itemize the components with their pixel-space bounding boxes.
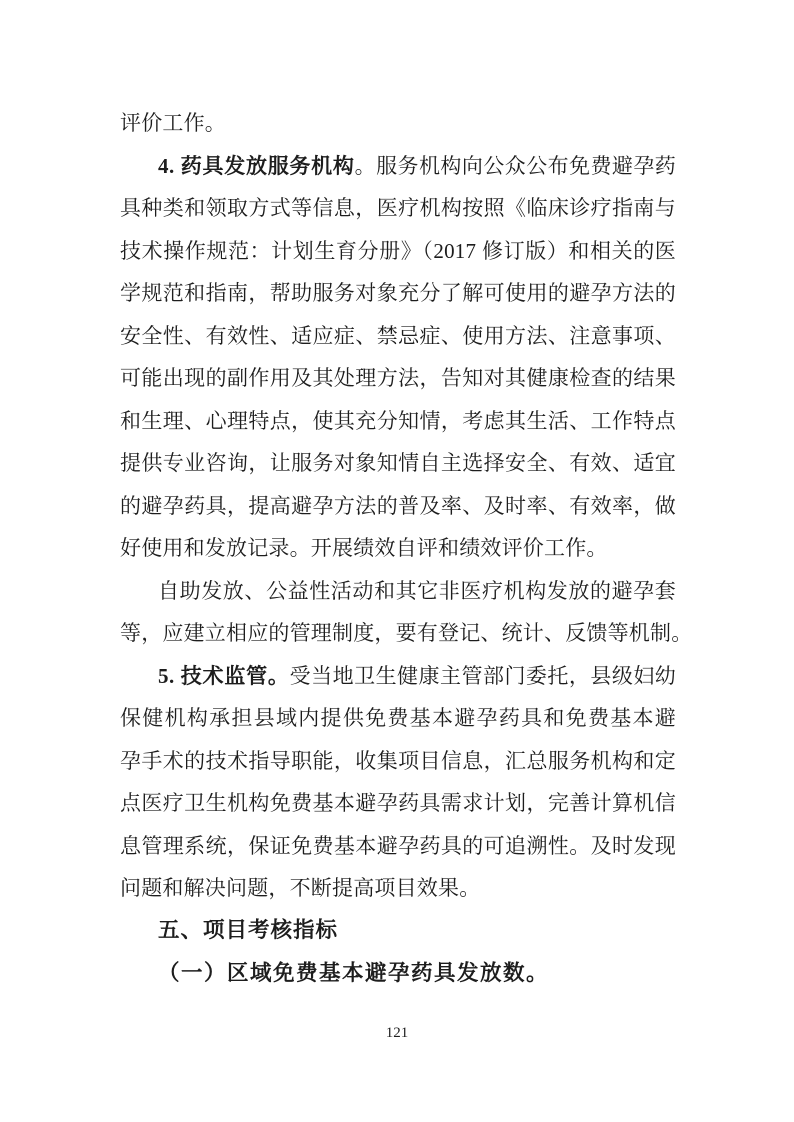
body-text: 。服务机构向公众公布免费避孕药	[355, 154, 676, 178]
body-text: 自助发放、公益性活动和其它非医疗机构发放的避孕套	[158, 579, 676, 603]
body-text: 问题和解决问题，不断提高项目效果。	[120, 876, 480, 900]
body-text: 保健机构承担县域内提供免费基本避孕药具和免费基本避	[120, 706, 676, 730]
body-text: 提供专业咨询，让服务对象知情自主选择安全、有效、适宜	[120, 451, 676, 475]
body-text: 的避孕药具，提高避孕方法的普及率、及时率、有效率，做	[120, 494, 676, 518]
paragraph-end-line: 问题和解决问题，不断提高项目效果。	[120, 867, 676, 910]
body-line: 点医疗卫生机构免费基本避孕药具需求计划，完善计算机信	[120, 782, 676, 825]
body-text: 好使用和发放记录。开展绩效自评和绩效评价工作。	[120, 536, 608, 560]
body-line: 可能出现的副作用及其处理方法，告知对其健康检查的结果	[120, 357, 676, 400]
body-text: 学规范和指南，帮助服务对象充分了解可使用的避孕方法的	[120, 281, 676, 305]
bold-lead-in: 5. 技术监管。	[158, 664, 290, 688]
body-text: 可能出现的副作用及其处理方法，告知对其健康检查的结果	[120, 366, 676, 390]
page-number: 121	[0, 1023, 794, 1043]
body-line: 技术操作规范：计划生育分册》（2017 修订版）和相关的医	[120, 230, 676, 273]
body-line: 孕手术的技术指导职能，收集项目信息，汇总服务机构和定	[120, 740, 676, 783]
subsection-heading: （一）区域免费基本避孕药具发放数。	[120, 952, 676, 995]
body-line: 保健机构承担县域内提供免费基本避孕药具和免费基本避	[120, 697, 676, 740]
body-line: 安全性、有效性、适应症、禁忌症、使用方法、注意事项、	[120, 315, 676, 358]
body-line: 具种类和领取方式等信息，医疗机构按照《临床诊疗指南与	[120, 187, 676, 230]
body-text: 安全性、有效性、适应症、禁忌症、使用方法、注意事项、	[120, 324, 676, 348]
paragraph-end-line: 等，应建立相应的管理制度，要有登记、统计、反馈等机制。	[120, 612, 676, 655]
document-page: 评价工作。 4. 药具发放服务机构。服务机构向公众公布免费避孕药 具种类和领取方…	[0, 0, 794, 1122]
body-line: 的避孕药具，提高避孕方法的普及率、及时率、有效率，做	[120, 485, 676, 528]
subsection-heading-text: （一）区域免费基本避孕药具发放数。	[158, 961, 549, 985]
body-line: 息管理系统，保证免费基本避孕药具的可追溯性。及时发现	[120, 825, 676, 868]
body-line: 和生理、心理特点，使其充分知情，考虑其生活、工作特点	[120, 400, 676, 443]
paragraph-end-line: 评价工作。	[120, 102, 676, 145]
body-text: 息管理系统，保证免费基本避孕药具的可追溯性。及时发现	[120, 834, 676, 858]
paragraph-start-line: 4. 药具发放服务机构。服务机构向公众公布免费避孕药	[120, 145, 676, 188]
body-text: 技术操作规范：计划生育分册》（2017 修订版）和相关的医	[120, 239, 676, 263]
body-text: 具种类和领取方式等信息，医疗机构按照《临床诊疗指南与	[120, 196, 676, 220]
body-line: 提供专业咨询，让服务对象知情自主选择安全、有效、适宜	[120, 442, 676, 485]
section-heading: 五、项目考核指标	[120, 910, 676, 953]
body-text: 评价工作。	[120, 111, 226, 135]
body-text: 受当地卫生健康主管部门委托，县级妇幼	[290, 664, 676, 688]
paragraph-start-line: 5. 技术监管。受当地卫生健康主管部门委托，县级妇幼	[120, 655, 676, 698]
body-line: 学规范和指南，帮助服务对象充分了解可使用的避孕方法的	[120, 272, 676, 315]
body-text: 等，应建立相应的管理制度，要有登记、统计、反馈等机制。	[120, 621, 692, 645]
section-heading-text: 五、项目考核指标	[158, 918, 338, 943]
bold-lead-in: 4. 药具发放服务机构	[158, 154, 355, 178]
body-text: 和生理、心理特点，使其充分知情，考虑其生活、工作特点	[120, 409, 676, 433]
text-block: 评价工作。 4. 药具发放服务机构。服务机构向公众公布免费避孕药 具种类和领取方…	[120, 102, 676, 995]
paragraph-end-line: 好使用和发放记录。开展绩效自评和绩效评价工作。	[120, 527, 676, 570]
paragraph-start-line: 自助发放、公益性活动和其它非医疗机构发放的避孕套	[120, 570, 676, 613]
body-text: 孕手术的技术指导职能，收集项目信息，汇总服务机构和定	[120, 749, 676, 773]
body-text: 点医疗卫生机构免费基本避孕药具需求计划，完善计算机信	[120, 791, 676, 815]
